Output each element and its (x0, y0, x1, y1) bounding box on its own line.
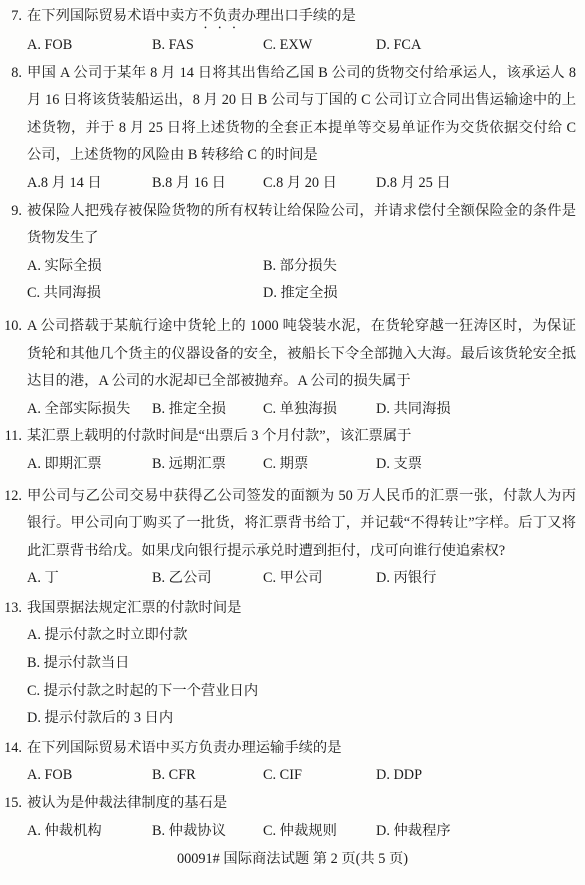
option-8-A: A.8 月 14 日 (27, 170, 152, 198)
question-13: 13.我国票据法规定汇票的付款时间是A. 提示付款之时立即付款B. 提示付款当日… (27, 595, 576, 733)
option-7-C: C. EXW (263, 32, 376, 60)
stem-text: 我国票据法规定汇票的付款时间是 (27, 600, 241, 616)
option-12-A: A. 丁 (27, 565, 152, 593)
question-number: 10. (4, 313, 27, 341)
option-10-D: D. 共同海损 (376, 396, 576, 424)
question-8: 8.甲国 A 公司于某年 8 月 14 日将其出售给乙国 B 公司的货物交付给承… (27, 60, 576, 198)
option-7-B: B. FAS (152, 32, 263, 60)
question-number: 12. (4, 483, 27, 511)
stem-emphasized-text: 不负责 (199, 8, 242, 24)
question-7: 7.在下列国际贸易术语中卖方不负责办理出口手续的是A. FOBB. FASC. … (27, 3, 576, 60)
options-group: A. FOBB. CFRC. CIFD. DDP (27, 762, 576, 790)
option-10-A: A. 全部实际损失 (27, 396, 152, 424)
question-10: 10.A 公司搭载于某航行途中货轮上的 1000 吨袋装水泥，在货轮穿越一狂涛区… (27, 313, 576, 423)
option-7-A: A. FOB (27, 32, 152, 60)
option-12-C: C. 甲公司 (263, 565, 376, 593)
question-stem: 12.甲公司与乙公司交易中获得乙公司签发的面额为 50 万人民币的汇票一张，付款… (27, 483, 576, 566)
option-9-C: C. 共同海损 (27, 280, 263, 308)
options-group: A. 丁B. 乙公司C. 甲公司D. 丙银行 (27, 565, 576, 593)
stem-text: 在下列国际贸易术语中买方负责办理运输手续的是 (27, 740, 342, 756)
option-14-A: A. FOB (27, 762, 152, 790)
option-9-A: A. 实际全损 (27, 253, 263, 281)
stem-text: 某汇票上载明的付款时间是“出票后 3 个月付款”，该汇票属于 (27, 428, 411, 444)
question-number: 15. (4, 790, 27, 818)
question-number: 13. (4, 595, 27, 623)
option-11-C: C. 期票 (263, 451, 376, 479)
question-15: 15.被认为是仲裁法律制度的基石是A. 仲裁机构B. 仲裁协议C. 仲裁规则D.… (27, 790, 576, 845)
option-11-D: D. 支票 (376, 451, 576, 479)
option-12-B: B. 乙公司 (152, 565, 263, 593)
option-15-D: D. 仲裁程序 (376, 818, 576, 846)
option-13-D: D. 提示付款后的 3 日内 (27, 705, 576, 733)
stem-text: A 公司搭载于某航行途中货轮上的 1000 吨袋装水泥，在货轮穿越一狂涛区时，为… (27, 318, 576, 389)
options-group: A. 实际全损B. 部分损失C. 共同海损D. 推定全损 (27, 253, 576, 308)
option-10-C: C. 单独海损 (263, 396, 376, 424)
question-stem: 10.A 公司搭载于某航行途中货轮上的 1000 吨袋装水泥，在货轮穿越一狂涛区… (27, 313, 576, 396)
option-9-B: B. 部分损失 (263, 253, 576, 281)
option-14-D: D. DDP (376, 762, 576, 790)
question-number: 9. (11, 198, 27, 226)
stem-text: 在下列国际贸易术语中卖方 (27, 8, 199, 24)
stem-text: 被认为是仲裁法律制度的基石是 (27, 795, 227, 811)
option-11-B: B. 远期汇票 (152, 451, 263, 479)
option-15-A: A. 仲裁机构 (27, 818, 152, 846)
stem-text: 甲公司与乙公司交易中获得乙公司签发的面额为 50 万人民币的汇票一张，付款人为丙… (27, 488, 576, 559)
stem-text: 被保险人把残存被保险货物的所有权转让给保险公司，并请求偿付全额保险金的条件是货物… (27, 203, 576, 247)
questions: 7.在下列国际贸易术语中卖方不负责办理出口手续的是A. FOBB. FASC. … (27, 3, 576, 845)
option-12-D: D. 丙银行 (376, 565, 576, 593)
option-14-C: C. CIF (263, 762, 376, 790)
question-12: 12.甲公司与乙公司交易中获得乙公司签发的面额为 50 万人民币的汇票一张，付款… (27, 483, 576, 593)
option-7-D: D. FCA (376, 32, 576, 60)
page-footer: 00091# 国际商法试题 第 2 页(共 5 页) (9, 846, 576, 874)
question-number: 14. (4, 735, 27, 763)
option-8-D: D.8 月 25 日 (376, 170, 576, 198)
option-14-B: B. CFR (152, 762, 263, 790)
question-9: 9.被保险人把残存被保险货物的所有权转让给保险公司，并请求偿付全额保险金的条件是… (27, 198, 576, 308)
option-8-C: C.8 月 20 日 (263, 170, 376, 198)
options-group: A.8 月 14 日B.8 月 16 日C.8 月 20 日D.8 月 25 日 (27, 170, 576, 198)
stem-text: 办理出口手续的是 (241, 8, 355, 24)
option-15-C: C. 仲裁规则 (263, 818, 376, 846)
option-15-B: B. 仲裁协议 (152, 818, 263, 846)
question-stem: 13.我国票据法规定汇票的付款时间是 (27, 595, 576, 623)
options-group: A. 仲裁机构B. 仲裁协议C. 仲裁规则D. 仲裁程序 (27, 818, 576, 846)
option-13-B: B. 提示付款当日 (27, 650, 576, 678)
question-number: 7. (11, 3, 27, 31)
stem-text: 甲国 A 公司于某年 8 月 14 日将其出售给乙国 B 公司的货物交付给承运人… (27, 65, 576, 164)
options-group: A. 即期汇票B. 远期汇票C. 期票D. 支票 (27, 451, 576, 479)
option-8-B: B.8 月 16 日 (152, 170, 263, 198)
question-stem: 15.被认为是仲裁法律制度的基石是 (27, 790, 576, 818)
question-stem: 14.在下列国际贸易术语中买方负责办理运输手续的是 (27, 735, 576, 763)
question-stem: 8.甲国 A 公司于某年 8 月 14 日将其出售给乙国 B 公司的货物交付给承… (27, 60, 576, 170)
option-10-B: B. 推定全损 (152, 396, 263, 424)
options-group: A. 提示付款之时立即付款B. 提示付款当日C. 提示付款之时起的下一个营业日内… (27, 622, 576, 732)
question-11: 11.某汇票上载明的付款时间是“出票后 3 个月付款”，该汇票属于A. 即期汇票… (27, 423, 576, 478)
question-number: 8. (11, 60, 27, 88)
question-number: 11. (5, 423, 27, 451)
question-stem: 7.在下列国际贸易术语中卖方不负责办理出口手续的是 (27, 3, 576, 32)
question-stem: 9.被保险人把残存被保险货物的所有权转让给保险公司，并请求偿付全额保险金的条件是… (27, 198, 576, 253)
options-group: A. 全部实际损失B. 推定全损C. 单独海损D. 共同海损 (27, 396, 576, 424)
exam-page: 7.在下列国际贸易术语中卖方不负责办理出口手续的是A. FOBB. FASC. … (0, 0, 585, 885)
option-13-A: A. 提示付款之时立即付款 (27, 622, 576, 650)
options-group: A. FOBB. FASC. EXWD. FCA (27, 32, 576, 60)
option-9-D: D. 推定全损 (263, 280, 576, 308)
question-stem: 11.某汇票上载明的付款时间是“出票后 3 个月付款”，该汇票属于 (27, 423, 576, 451)
option-11-A: A. 即期汇票 (27, 451, 152, 479)
question-14: 14.在下列国际贸易术语中买方负责办理运输手续的是A. FOBB. CFRC. … (27, 735, 576, 790)
option-13-C: C. 提示付款之时起的下一个营业日内 (27, 678, 576, 706)
